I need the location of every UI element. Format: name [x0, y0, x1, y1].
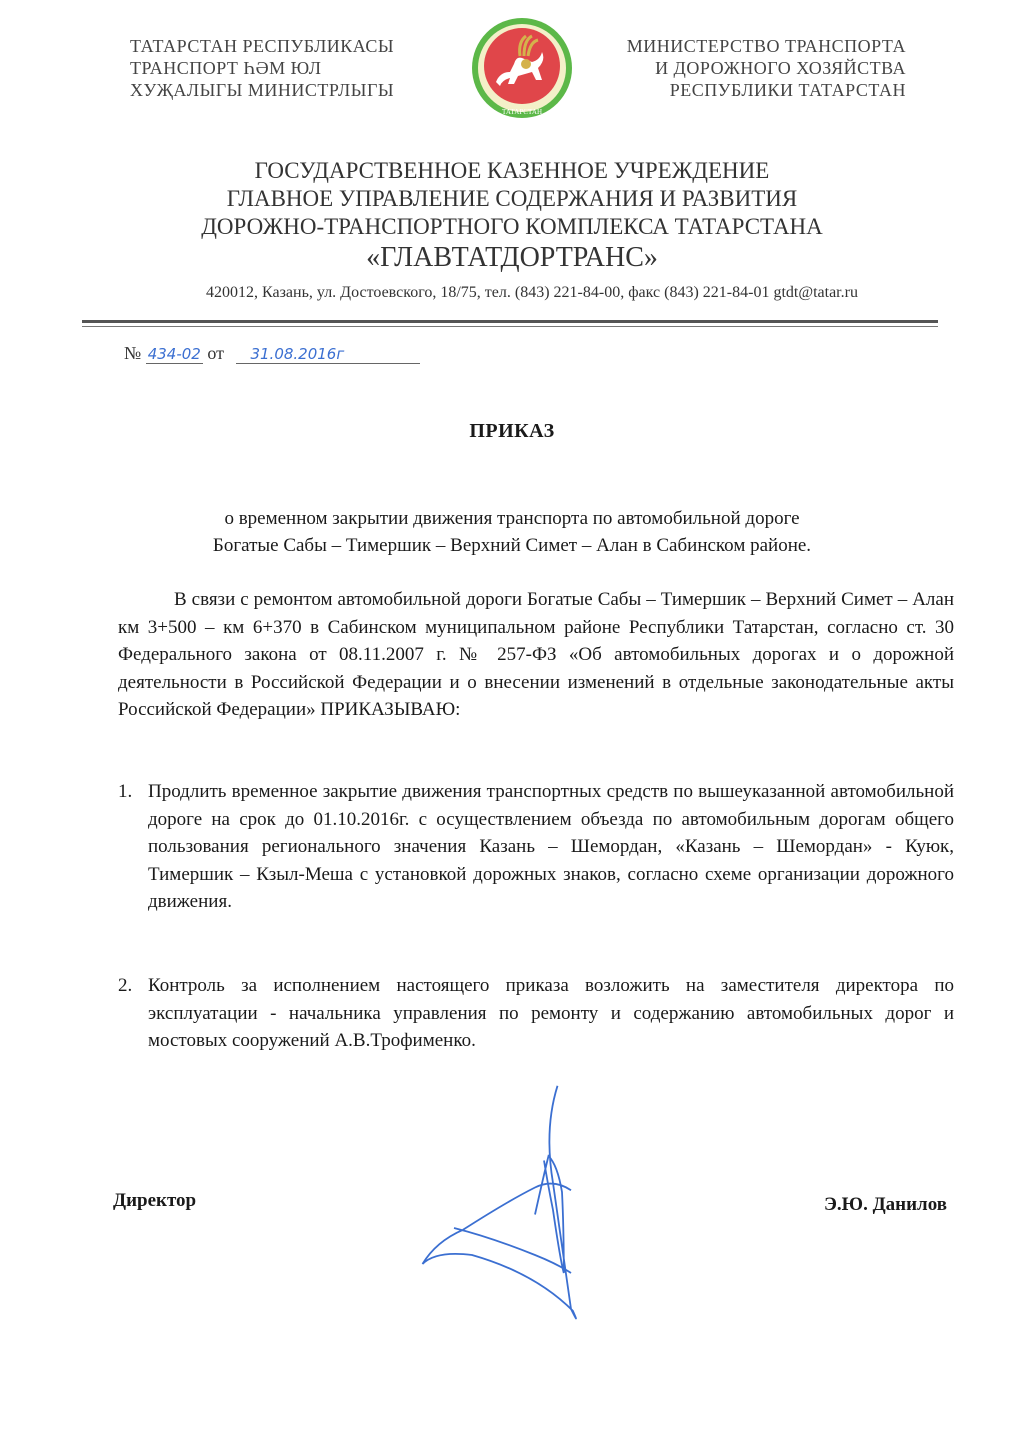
header-left-tatar: ТАТАРСТАН РЕСПУБЛИКАСЫ ТРАНСПОРТ ҺӘМ ЮЛ …: [130, 35, 394, 101]
organization-address: 420012, Казань, ул. Достоевского, 18/75,…: [0, 284, 1024, 302]
header-right-line: РЕСПУБЛИКИ ТАТАРСТАН: [627, 79, 906, 101]
registration-number: 434-02: [146, 345, 203, 364]
header-left-line: ТРАНСПОРТ ҺӘМ ЮЛ: [130, 57, 394, 79]
organization-line: ГЛАВНОЕ УПРАВЛЕНИЕ СОДЕРЖАНИЯ И РАЗВИТИЯ: [0, 185, 1024, 213]
subject-line: о временном закрытии движения транспорта…: [0, 505, 1024, 532]
document-title: ПРИКАЗ: [0, 420, 1024, 443]
order-item: 1. Продлить временное закрытие движения …: [118, 778, 954, 916]
signatory-name: Э.Ю. Данилов: [824, 1194, 947, 1216]
item-number: 2.: [118, 972, 148, 1055]
document-subject: о временном закрытии движения транспорта…: [0, 505, 1024, 559]
header-left-line: ХУҖАЛЫГЫ МИНИСТРЛЫГЫ: [130, 79, 394, 101]
handwritten-signature-icon: [400, 1065, 670, 1355]
tatarstan-emblem-icon: ТАТАРСТАН: [470, 16, 574, 120]
registration-date: 31.08.2016г: [236, 345, 420, 364]
preamble-paragraph: В связи с ремонтом автомобильной дороги …: [118, 586, 954, 724]
header-right-line: И ДОРОЖНОГО ХОЗЯЙСТВА: [627, 57, 906, 79]
svg-text:ТАТАРСТАН: ТАТАРСТАН: [502, 108, 542, 116]
item-number: 1.: [118, 778, 148, 916]
organization-line: ГОСУДАРСТВЕННОЕ КАЗЕННОЕ УЧРЕЖДЕНИЕ: [0, 157, 1024, 185]
registration-line: № 434-02 от 31.08.2016г: [124, 343, 420, 364]
organization-short-name: «ГЛАВТАТДОРТРАНС»: [0, 241, 1024, 275]
subject-line: Богатые Сабы – Тимершик – Верхний Симет …: [0, 532, 1024, 559]
header-right-russian: МИНИСТЕРСТВО ТРАНСПОРТА И ДОРОЖНОГО ХОЗЯ…: [627, 35, 906, 101]
organization-block: ГОСУДАРСТВЕННОЕ КАЗЕННОЕ УЧРЕЖДЕНИЕ ГЛАВ…: [0, 157, 1024, 275]
header-divider-thin: [82, 326, 938, 327]
date-prefix: от: [207, 343, 224, 363]
header-left-line: ТАТАРСТАН РЕСПУБЛИКАСЫ: [130, 35, 394, 57]
number-prefix: №: [124, 343, 141, 363]
organization-line: ДОРОЖНО-ТРАНСПОРТНОГО КОМПЛЕКСА ТАТАРСТА…: [0, 213, 1024, 241]
signatory-role: Директор: [113, 1190, 196, 1212]
header-right-line: МИНИСТЕРСТВО ТРАНСПОРТА: [627, 35, 906, 57]
header-divider: [82, 320, 938, 323]
item-text: Контроль за исполнением настоящего прика…: [148, 972, 954, 1055]
item-text: Продлить временное закрытие движения тра…: [148, 778, 954, 916]
order-item: 2. Контроль за исполнением настоящего пр…: [118, 972, 954, 1055]
